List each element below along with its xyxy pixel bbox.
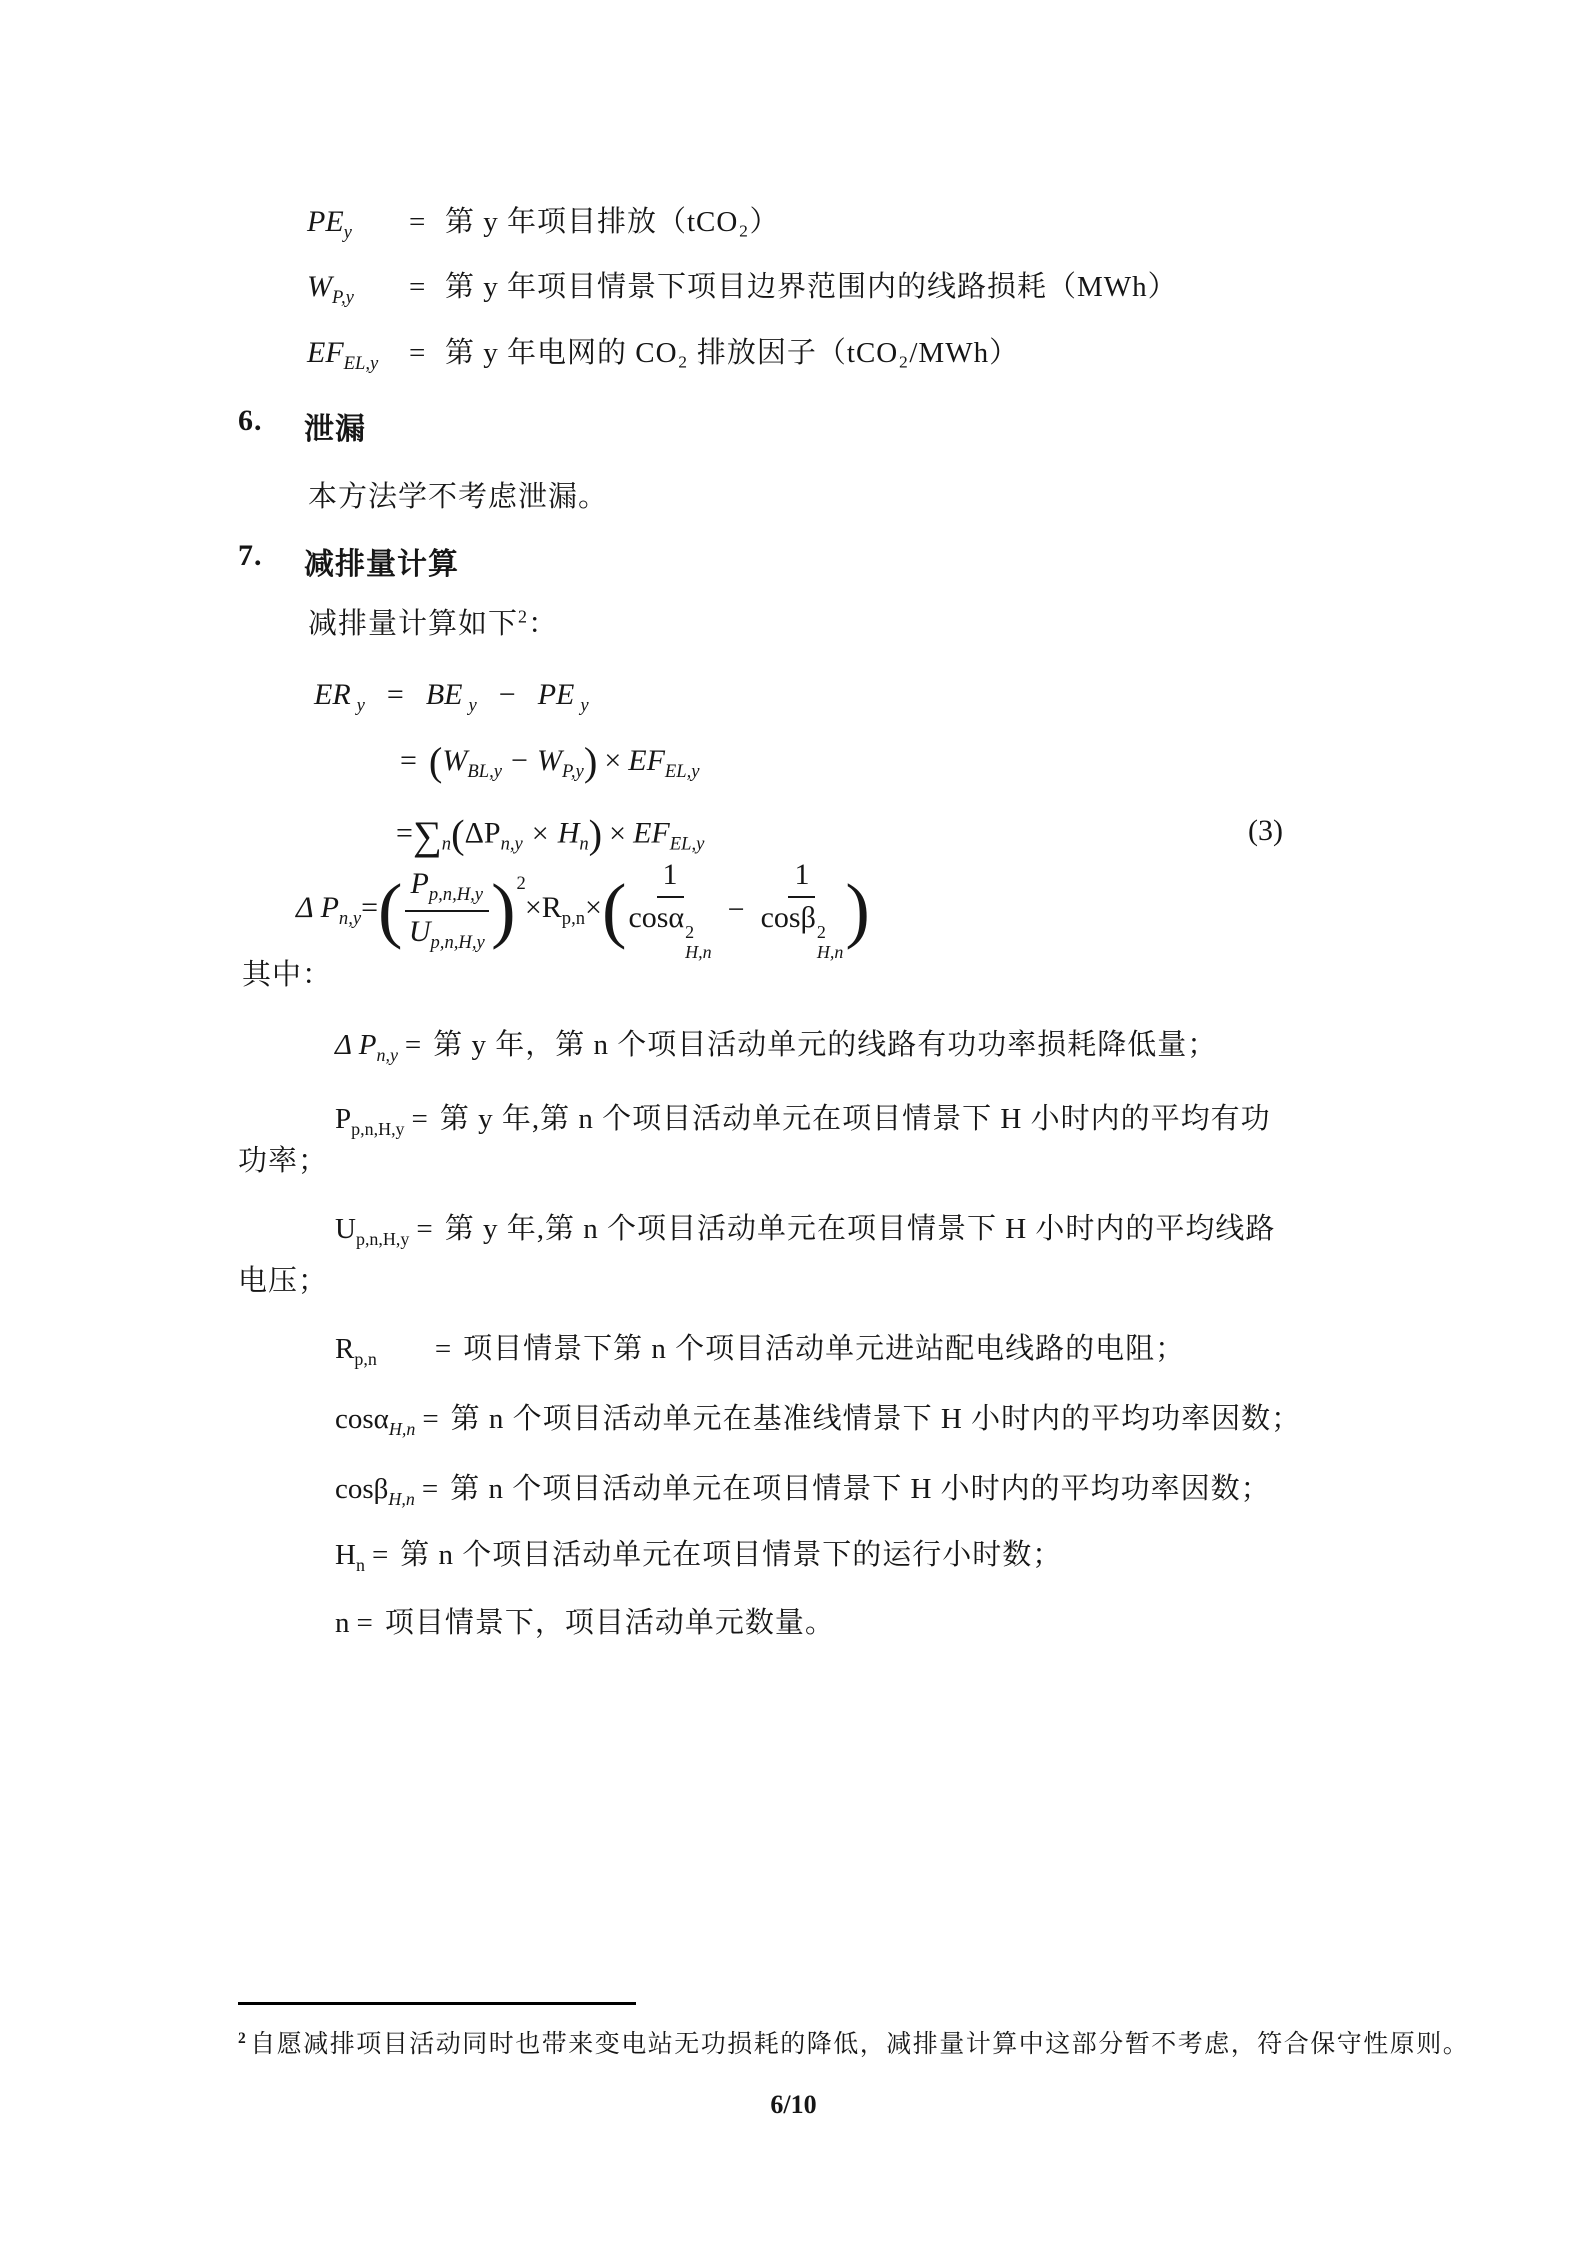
term-subscript: p,n	[562, 908, 585, 929]
symbol-subscript: H,n	[388, 1489, 414, 1509]
footnote-reference: 2	[518, 606, 528, 626]
definition-description: 第 y 年,第 n 个项目活动单元在项目情景下 H 小时内的平均线路	[445, 1206, 1276, 1247]
term-subscript: n,y	[501, 834, 523, 855]
term-subscript: n	[579, 834, 588, 855]
stack-superscript: 2	[685, 923, 694, 942]
definition-symbol: Pp,n,H,y	[335, 1103, 405, 1140]
symbol-base: EF	[307, 336, 344, 369]
variable-row-pe: PEy = 第 y 年项目排放（tCO₂）	[307, 199, 779, 244]
document-page: PEy = 第 y 年项目排放（tCO₂） WP,y = 第 y 年项目情景下项…	[0, 0, 1587, 2245]
definition-row: Rp,n = 项目情景下第 n 个项目活动单元进站配电线路的电阻；	[335, 1326, 1185, 1370]
footnote-divider	[238, 2002, 636, 2005]
term: W	[537, 744, 562, 777]
lhs-group: Δ Pn,y=	[296, 891, 378, 930]
term-subscript: BL,y	[467, 761, 502, 782]
symbol-subscript: n	[356, 1555, 365, 1575]
page-number: 6/10	[0, 2090, 1587, 2120]
term: U	[409, 915, 431, 948]
equals-sign: =	[416, 1213, 432, 1246]
footnote-text: 自愿减排项目活动同时也带来变电站无功损耗的降低，减排量计算中这部分暂不考虑，符合…	[250, 2031, 1469, 2058]
symbol-subscript: P,y	[332, 287, 354, 308]
term-subscript: y	[469, 695, 477, 716]
term: cosβ	[761, 901, 816, 934]
fraction-cos-alpha: 1 cosα2H,n	[628, 858, 711, 962]
open-paren: (	[429, 739, 443, 784]
symbol-base: Δ P	[335, 1029, 376, 1061]
definition-row: Hn = 第 n 个项目活动单元在项目情景下的运行小时数；	[335, 1532, 1062, 1576]
equation-number: (3)	[1248, 814, 1283, 848]
symbol-subscript: y	[344, 222, 352, 243]
term: P	[411, 867, 429, 900]
term-subscript: n,y	[339, 908, 361, 929]
footnote-number: 2	[238, 2030, 247, 2047]
definition-symbol: Rp,n	[335, 1333, 377, 1370]
fraction-denominator: cosβ2H,n	[761, 898, 844, 962]
term: ΔP	[465, 817, 501, 850]
stack-superscript: 2	[817, 923, 826, 942]
equation-delta-p: Δ Pn,y= ( Pp,n,H,y Up,n,H,y ) 2 ×Rp,n× (…	[296, 858, 870, 962]
definition-description: 第 y 年,第 n 个项目活动单元在项目情景下 H 小时内的平均有功	[440, 1096, 1271, 1137]
symbol-base: cosβ	[335, 1473, 388, 1505]
equals-sign: =	[412, 1103, 428, 1136]
section-heading-leakage: 6. 泄漏	[238, 404, 366, 448]
variable-symbol: WP,y	[307, 270, 409, 309]
fraction-cos-beta: 1 cosβ2H,n	[761, 858, 844, 962]
paragraph-colon: ：	[528, 608, 558, 640]
symbol-base: R	[335, 1333, 354, 1365]
equals-sign: =	[409, 271, 445, 304]
operator: −	[511, 744, 528, 777]
definition-row: cosαH,n = 第 n 个项目活动单元在基准线情景下 H 小时内的平均功率因…	[335, 1396, 1301, 1440]
definition-symbol: cosαH,n	[335, 1403, 415, 1440]
symbol-base: cosα	[335, 1403, 389, 1435]
term: EF	[633, 817, 670, 850]
multiply-sign: ×	[604, 744, 621, 777]
symbol-base: U	[335, 1213, 356, 1245]
symbol-subscript: p,n	[354, 1349, 376, 1369]
close-paren: )	[589, 811, 603, 856]
symbol-subscript: p,n,H,y	[351, 1119, 404, 1139]
term: R	[542, 891, 562, 924]
section-number: 6.	[238, 404, 304, 448]
term-subscript: y	[580, 695, 588, 716]
definition-symbol: cosβH,n	[335, 1473, 415, 1510]
symbol-base: PE	[307, 205, 344, 238]
term: ER	[314, 678, 351, 711]
paragraph-calc-intro: 减排量计算如下2：	[308, 601, 558, 642]
symbol-base: W	[307, 270, 332, 303]
fraction-denominator: cosα2H,n	[628, 898, 711, 962]
operator: −	[728, 893, 745, 927]
term: PE	[538, 678, 575, 711]
term-subscript: EL,y	[670, 834, 705, 855]
fraction-p-over-u: Pp,n,H,y Up,n,H,y	[405, 867, 490, 954]
variable-description: 第 y 年项目排放（tCO₂）	[445, 199, 779, 240]
definition-description: 第 n 个项目活动单元在项目情景下 H 小时内的平均功率因数；	[450, 1466, 1270, 1507]
stack-subscript: H,n	[817, 943, 844, 962]
definition-description: 项目情景下，项目活动单元数量。	[385, 1600, 835, 1641]
symbol-subscript: EL,y	[344, 353, 379, 374]
definition-symbol: Hn	[335, 1539, 365, 1576]
term-subscript: EL,y	[665, 761, 700, 782]
definition-row: Δ Pn,y = 第 y 年，第 n 个项目活动单元的线路有功功率损耗降低量；	[335, 1022, 1217, 1066]
section-title: 减排量计算	[304, 539, 459, 583]
equals-sign: =	[422, 1403, 438, 1436]
equation-er-line3: =∑n(ΔPn,y×Hn)×EFEL,y	[396, 812, 704, 859]
definition-description: 项目情景下第 n 个项目活动单元进站配电线路的电阻；	[463, 1326, 1185, 1367]
where-label: 其中：	[242, 952, 332, 993]
term: H	[558, 817, 580, 850]
definition-row: cosβH,n = 第 n 个项目活动单元在项目情景下 H 小时内的平均功率因数…	[335, 1466, 1271, 1510]
equals-sign: =	[400, 744, 417, 777]
term: EF	[628, 744, 665, 777]
equals-sign: =	[409, 206, 445, 239]
sup-sub-stack: 2H,n	[685, 923, 712, 962]
sum-symbol: ∑	[413, 813, 442, 858]
term-subscript: p,n,H,y	[431, 932, 485, 953]
footnote: 2自愿减排项目活动同时也带来变电站无功损耗的降低，减排量计算中这部分暂不考虑，符…	[238, 2024, 1469, 2060]
equals-sign: =	[409, 337, 445, 370]
term: BE	[426, 678, 463, 711]
multiply-sign: ×	[585, 891, 602, 924]
equals-sign: =	[396, 817, 413, 850]
definition-description: 第 y 年，第 n 个项目活动单元的线路有功功率损耗降低量；	[433, 1022, 1217, 1063]
definition-description: 第 n 个项目活动单元在基准线情景下 H 小时内的平均功率因数；	[451, 1396, 1301, 1437]
middle-group: ×Rp,n×	[525, 891, 602, 930]
multiply-sign: ×	[532, 817, 549, 850]
equals-sign: =	[372, 1539, 388, 1572]
equals-sign: =	[405, 1029, 421, 1062]
equation-er-line2: =(WBL,y−WP,y)×EFEL,y	[400, 744, 700, 783]
definition-description: 第 n 个项目活动单元在项目情景下的运行小时数；	[400, 1532, 1062, 1573]
equals-sign: =	[435, 1333, 451, 1366]
multiply-sign: ×	[609, 817, 626, 850]
equals-sign: =	[361, 891, 378, 924]
sum-subscript: n	[442, 834, 451, 855]
term: cosα	[628, 901, 684, 934]
term-subscript: p,n,H,y	[429, 884, 483, 905]
variable-symbol: PEy	[307, 205, 409, 244]
variable-description: 第 y 年电网的 CO₂ 排放因子（tCO₂/MWh）	[445, 330, 1019, 371]
sup-sub-stack: 2H,n	[817, 923, 844, 962]
term: W	[442, 744, 467, 777]
open-paren: (	[451, 811, 465, 856]
paragraph-text: 减排量计算如下	[308, 608, 518, 640]
fraction-numerator: 1	[657, 858, 684, 898]
symbol-base: H	[335, 1539, 356, 1571]
close-paren: )	[584, 739, 598, 784]
symbol-subscript: n,y	[376, 1045, 397, 1065]
equals-sign: =	[422, 1473, 438, 1506]
fraction-numerator: 1	[788, 858, 815, 898]
definition-symbol: Up,n,H,y	[335, 1213, 409, 1250]
section-number: 7.	[238, 539, 304, 583]
variable-description: 第 y 年项目情景下项目边界范围内的线路损耗（MWh）	[445, 264, 1178, 305]
equals-sign: =	[357, 1607, 373, 1640]
symbol-base: n	[335, 1607, 350, 1639]
multiply-sign: ×	[525, 891, 542, 924]
term-subscript: P,y	[562, 761, 584, 782]
symbol-subscript: H,n	[389, 1419, 415, 1439]
section-heading-calculation: 7. 减排量计算	[238, 539, 459, 583]
equation-er-line1: ERy=BEy−PEy	[314, 678, 589, 717]
fraction-denominator: Up,n,H,y	[409, 912, 485, 954]
operator: −	[499, 678, 516, 711]
definition-row: Pp,n,H,y = 第 y 年,第 n 个项目活动单元在项目情景下 H 小时内…	[335, 1096, 1271, 1140]
symbol-subscript: p,n,H,y	[356, 1229, 409, 1249]
definition-row: Up,n,H,y = 第 y 年,第 n 个项目活动单元在项目情景下 H 小时内…	[335, 1206, 1275, 1250]
definition-symbol: Δ Pn,y	[335, 1029, 398, 1066]
section-title: 泄漏	[304, 404, 366, 448]
term-subscript: y	[357, 695, 365, 716]
term: Δ P	[296, 891, 339, 924]
stack-subscript: H,n	[685, 943, 712, 962]
variable-row-ef: EFEL,y = 第 y 年电网的 CO₂ 排放因子（tCO₂/MWh）	[307, 330, 1019, 375]
exponent: 2	[517, 873, 526, 895]
operator: =	[387, 678, 404, 711]
definition-row: n = 项目情景下，项目活动单元数量。	[335, 1600, 835, 1644]
fraction-numerator: Pp,n,H,y	[405, 867, 490, 912]
definition-symbol: n	[335, 1607, 350, 1644]
symbol-base: P	[335, 1103, 351, 1135]
definition-continuation: 功率；	[238, 1138, 328, 1179]
definition-continuation: 电压；	[238, 1258, 328, 1299]
paragraph-leakage: 本方法学不考虑泄漏。	[308, 474, 608, 515]
variable-row-w: WP,y = 第 y 年项目情景下项目边界范围内的线路损耗（MWh）	[307, 264, 1178, 309]
variable-symbol: EFEL,y	[307, 336, 409, 375]
